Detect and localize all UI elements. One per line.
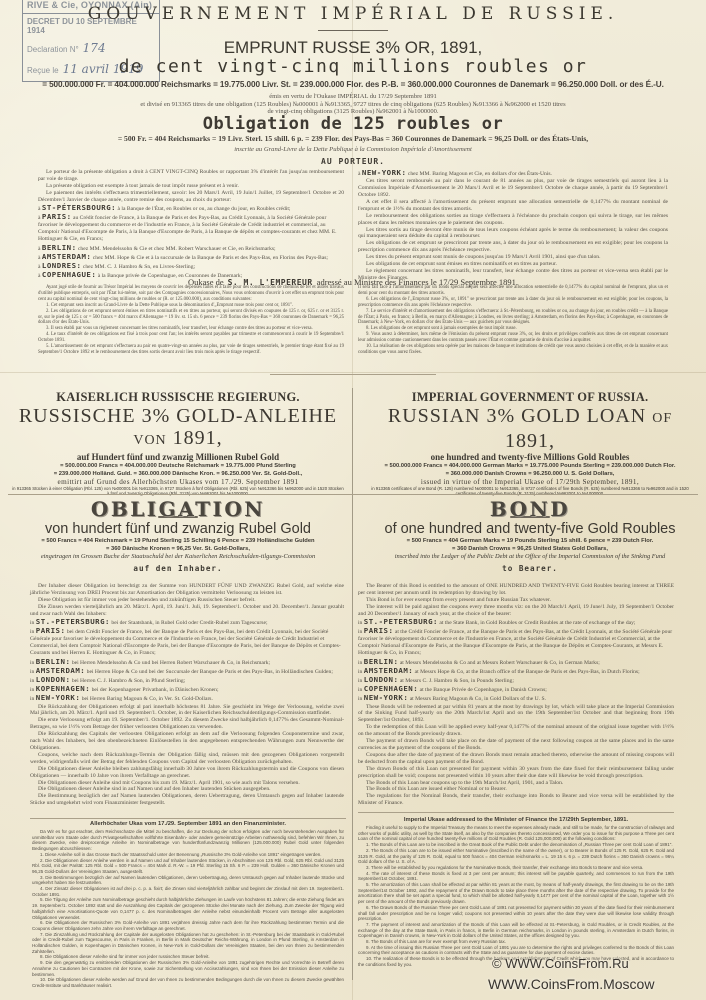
city-name: ST.-PETERSBURG: [364,617,438,626]
paragraph: These Bonds will be redeemed at par with… [358,704,674,725]
paragraph: 4. Le taux d'intérêt de ces obligations … [38,332,344,344]
paragraph: 5. L'amortissement de cet emprunt s'effe… [38,344,344,356]
paragraph: The payment of drawn Bonds will take pla… [358,738,674,752]
city-name: AMSTERDAM: [364,666,414,675]
payment-place: in AMSTERDAM: bei Herren Hope & Co und b… [30,667,344,676]
german-loan-von: VON [133,433,166,448]
city-name: AMSTERDAM: [36,666,86,675]
paragraph: Coupons due after the date of payment of… [358,752,674,766]
section-divider [270,374,436,375]
place-text: at Messrs Baring Magoun & Co, in Gold Do… [410,696,546,702]
german-loan-name: RUSSISCHE 3% GOLD-ANLEIHE [19,405,337,427]
paragraph: 6. Les obligations de l'„Emprunt russe 3… [358,297,668,309]
payment-place: in ST.-PETERSBURG: at the State Bank, in… [358,618,674,627]
german-obligation-eq-1: = 500 Francs = 404 Reichsmark = 19 Pfund… [8,537,348,545]
place-text: bei der Kopenhagener Privatbank, in Däni… [92,687,219,693]
city-name: NEW-YORK: [362,168,407,177]
paragraph: 2. Die Obligationen dieser Anleihe werde… [32,858,344,875]
paragraph: The interest will be paid against the co… [358,604,674,618]
loan-amount: de cent vingt-cinq millions roubles or [0,56,706,77]
city-name: BERLIN: [364,657,399,666]
paragraph: 3. There will be established by you regu… [358,865,674,871]
paragraph: 7. The payment of interest and amortizat… [358,922,674,939]
english-issued: issued in virtue of the Imperial Ukase o… [360,478,700,486]
place-text: at the Banque Privée de Copenhague, in D… [420,687,547,693]
city-name: PARIS: [364,626,394,635]
paragraph: This Bond is for ever exempt from every … [358,597,674,604]
german-body: Der Inhaber dieser Obligation ist berech… [30,583,344,807]
english-government: IMPERIAL GOVERNMENT OF RUSSIA. [360,390,700,405]
english-ukase: Imperial Ukase addressed to the Minister… [358,817,674,968]
german-bearer-heading: auf den Inhaber. [8,564,348,573]
payment-place: à ST-PÉTERSBOURG: à la Banque de l'État,… [38,204,344,213]
place-text: chez MM. Baring Magoun et Cie, en dollar… [408,171,552,177]
paragraph: 7. Le service d'intérêt et d'amortisseme… [358,309,668,327]
payment-place: à NEW-YORK: chez MM. Baring Magoun et Ci… [358,169,668,178]
place-text: chez MM. Mendelssohn & Cie et chez MM. R… [78,246,276,252]
payment-place: à PARIS: au Crédit foncier de France, à … [38,213,344,244]
payment-place: in ST.-PETERSBURG: bei der Staatsbank, i… [30,618,344,627]
paragraph: Der Inhaber dieser Obligation ist berech… [30,583,344,597]
paragraph: Ayant jugé utile de fournir au Trésor Im… [38,285,344,303]
city-name: ST-PÉTERSBOURG: [42,203,116,212]
place-text: chez MM. Hope & Cie et à la succursale d… [93,255,328,261]
paragraph: Die erste Verloosung erfolgt am 19. Sept… [30,717,344,731]
english-loan-of: OF [652,411,672,426]
paragraph: To the redemption of this Loan will be a… [358,724,674,738]
place-text: at Messrs C. J. Hambro & Son, in Pounds … [400,678,514,684]
german-pieces: in 913365 Stücken à einer Obligation (Rb… [8,486,348,497]
place-text: bei dem Crédit Foncier de France, bei de… [30,629,341,657]
paragraph: 1. The Bonds of this Loan are to be insc… [358,842,674,848]
city-name: AMSTERDAM: [42,252,92,261]
english-body: The Bearer of this Bond is entitled to t… [358,583,674,807]
city-name: KOPENHAGEN: [36,684,90,693]
english-bond-subtitle: of one hundred and twenty-five Gold Roub… [360,521,700,537]
english-eq-1: = 500.000.000 Francs = 404.000.000 Germa… [360,462,700,470]
place-text: at the Crédit Foncier de France, at the … [358,629,672,657]
paragraph: 1. Diese Anleihe soll in das Grosse Buch… [32,852,344,858]
paragraph: 7. Die Zinszahlung und Rückzahlung der C… [32,932,344,955]
obligation-title: Obligation de 125 roubles or [0,114,706,134]
oukase-right-column: Il sera fait face à l'amortissement par … [358,285,668,356]
paragraph: Die Rückzahlung des Capitals der verloos… [30,731,344,752]
paragraph: 10. Die Obligationen dieser Anleihe werd… [32,977,344,988]
city-name: COPENHAGEN: [364,684,418,693]
loan-title: EMPRUNT RUSSE 3% OR, 1891, [0,38,706,58]
paragraph: The drawn Bonds of this Loan not present… [358,766,674,780]
place-text: bei Herren Hope & Co und bei der Succurs… [87,669,333,675]
paragraph: Le paiement des intérêts s'effectuera tr… [38,190,344,204]
english-loan-title: RUSSIAN 3% GOLD LOAN OF 1891, [360,405,700,452]
english-bond-title: BOND [360,497,700,521]
payment-place: in PARIS: bei dem Crédit Foncier de Fran… [30,627,344,658]
city-name: LONDON: [36,675,71,684]
paragraph: Il sera fait face à l'amortissement par … [358,285,668,297]
issue-division-1: et divisé en 913365 titres de une obliga… [0,101,706,108]
paragraph: 10. La réalisation de ces obligations se… [358,344,668,356]
paragraph: The Bearer of this Bond is entitled to t… [358,583,674,597]
city-name: NEW-YORK: [364,693,409,702]
fold-line [0,372,706,373]
column-divider [352,388,353,980]
english-eq-2: = 360.000.000 Danish Crowns = 96.250.000… [360,470,700,478]
bearer-heading: AU PORTEUR. [0,157,706,166]
paragraph: Coupons, welche nach dem Rückzahlungs-Te… [30,752,344,766]
paragraph: 6. The Drawn Bonds of the Russian Three … [358,905,674,922]
paragraph: Die Rückzahlung der Obligationen erfolgt… [30,704,344,718]
english-bond-eq-1: = 500 Francs = 404 German Marks = 19 Pou… [360,537,700,545]
payment-place: in NEW-YORK: bei Herren Baring Magoun & … [30,694,344,703]
place-text: bei Herren Mendelssohn & Co und bei Herr… [72,660,270,666]
city-name: LONDON: [364,675,399,684]
german-loan-title: RUSSISCHE 3% GOLD-ANLEIHE VON 1891, [8,405,348,452]
paragraph: Le porteur de la présente obligation a d… [38,169,344,183]
place-text: bei Herren C. J. Hambro & Son, in Pfund … [72,678,185,684]
obligation-equivalents: = 500 Fr. = 404 Reichsmarks = 19 Livr. S… [0,134,706,143]
payment-place: in PARIS: at the Crédit Foncier de Franc… [358,627,674,658]
english-bond-eq-2: = 360 Danish Crowns = 96,25 United State… [360,545,700,553]
paragraph: La présente obligation est exempte à tou… [38,183,344,190]
city-name: BERLIN: [36,657,71,666]
paragraph: Les titres sortis au tirage devront être… [358,227,668,241]
city-name: LONDRES: [42,261,82,270]
english-bond-header: BOND of one hundred and twenty-five Gold… [360,497,700,573]
section-divider [8,494,698,495]
city-name: PARIS: [36,626,66,635]
paragraph: 5. Die Tilgung der Anleihe zum Nominalbe… [32,897,344,920]
city-name: PARIS: [42,212,72,221]
paragraph: Les obligations de cet emprunt se prescr… [358,240,668,254]
paragraph: 2. The Bonds of this Loan are to be issu… [358,848,674,865]
paragraph: 2. Les obligations de cet emprunt seront… [38,309,344,327]
paragraph: Le remboursement des obligations sorties… [358,213,668,227]
english-pieces: in 913365 certificates of one Bond (R. 1… [360,486,700,497]
paragraph: 9. Die den gegenwärtig zu emittirenden O… [32,960,344,977]
payment-place: à AMSTERDAM: chez MM. Hope & Cie et à la… [38,253,344,262]
german-ukas: Allerhöchster Ukas vom 17./29. September… [32,821,344,989]
english-subtitle: one hundred and twenty-five Millions Gol… [360,452,700,462]
place-text: chez MM. C. J. Hambro & Sn, en Livres-St… [83,264,195,270]
german-obligation-inscription: eingetragen im Grossen Buche der Staatss… [8,553,348,561]
issue-decree: émis en vertu de l'Oukase IMPÉRIAL du 17… [0,93,706,100]
paragraph: 9. At the time of issuing this Russian T… [358,945,674,956]
section-divider [358,812,674,813]
page-title: GOUVERNEMENT IMPÉRIAL DE RUSSIE. [0,4,706,24]
german-emitted: emittirt auf Grund des Allerhöchsten Uka… [8,478,348,486]
german-subtitle: auf Hundert fünf und zwanzig Millionen R… [8,452,348,462]
place-text: at Messrs Mendelssohn & Co and at Messrs… [400,660,600,666]
english-ukase-heading: Imperial Ukase addressed to the Minister… [358,817,674,823]
paragraph: 6. Die Obligationen der Russischen 3% Go… [32,920,344,931]
place-text: bei Herren Baring Magoun & Co, in Ver. S… [82,696,213,702]
watermark-line-2: WWW.CoinsFrom.Moscow [488,976,654,992]
paragraph: The regulations for the Nominal Bonds, t… [358,793,674,807]
city-name: ST.-PETERSBURG: [36,617,110,626]
city-name: BERLIN: [42,243,77,252]
german-obligation-subtitle: von hundert fünf und zwanzig Rubel Gold [8,521,348,537]
paragraph: Die Zinsen werden vierteljährlich am 20.… [30,604,344,618]
english-bearer-heading: to Bearer. [360,564,700,573]
paragraph: 3. Die Bestimmungen bezüglich der auf Na… [32,875,344,886]
paragraph: Les obligations de cet emprunt sont émis… [358,261,668,268]
french-left-column: Le porteur de la présente obligation a d… [38,169,344,280]
paragraph: Finding it useful to supply to the Imper… [358,825,674,842]
section-divider [30,818,346,819]
place-text: at the State Bank, in Gold Roubles or Cr… [439,620,635,626]
paragraph: 4. The rate of interest of these Bonds i… [358,871,674,882]
bond-certificate: RIVE & Cie, OYONNAX (Ain) DECRET DU 10 S… [0,0,706,1000]
place-text: à la Banque de l'État, en Roubles or ou,… [118,206,291,212]
paragraph: A cet effet il sera affecté à l'amortiss… [358,199,668,213]
paragraph: Die Bestimmung bezüglich der auf Namen l… [30,793,344,807]
payment-place: in NEW-YORK: at Messrs Baring Magoun & C… [358,694,674,703]
paragraph: Ces titres seront remboursés au pair dan… [358,178,668,199]
place-text: at Messrs Hope & Co, at the Branch offic… [415,669,640,675]
watermark-line-1: © WWW.CoinsFrom.Ru [492,956,629,971]
paragraph: Die Obligationen dieser Anleihe bleiben … [30,766,344,780]
german-ukas-heading: Allerhöchster Ukas vom 17./29. September… [32,821,344,827]
oukase-left-column: Ayant jugé utile de fournir au Trésor Im… [38,285,344,356]
paragraph: 9. Vous aurez à déterminer, lors même de… [358,332,668,344]
inscription-note: inscrite au Grand-Livre de la Dette Publ… [0,146,706,153]
german-obligation-header: OBLIGATION von hundert fünf und zwanzig … [8,497,348,573]
paragraph: 5. The amortization of this Loan shall b… [358,882,674,905]
french-right-column: à NEW-YORK: chez MM. Baring Magoun et Ci… [358,169,668,282]
german-obligation-eq-2: = 360 Dänische Kronen = 96,25 Ver. St. G… [8,545,348,553]
german-loan-year: 1891, [173,427,223,449]
paragraph: Da Wir es für gut erachtet, dem Reichssc… [32,829,344,852]
english-loan-name: RUSSIAN 3% GOLD LOAN [388,405,646,427]
paragraph: 4. Der Zinsatz dieser Obligationen ist a… [32,886,344,897]
place-text: bei der Staatsbank, in Rubel Gold oder C… [111,620,267,626]
currency-equivalents: = 500.000.000 Fr. = 404.000.000 Reichsma… [0,80,706,89]
place-text: au Crédit foncier de France, à la Banque… [38,215,337,243]
german-obligation-title: OBLIGATION [8,497,348,521]
german-government: KAISERLICH RUSSISCHE REGIERUNG. [8,390,348,405]
payment-place: in AMSTERDAM: at Messrs Hope & Co, at th… [358,667,674,676]
paragraph: Diese Obligation ist für immer von jeder… [30,597,344,604]
city-name: NEW-YORK: [36,693,81,702]
german-eq-2: = 239.000.000 Holländ. Guld. = 360.000.0… [8,470,348,478]
english-bond-inscription: inscribed into the Ledger of the Public … [360,553,700,561]
title-rule [318,30,388,31]
german-eq-1: = 500.000.000 Francs = 404.000.000 Deuts… [8,462,348,470]
english-loan-year: 1891, [505,430,555,452]
